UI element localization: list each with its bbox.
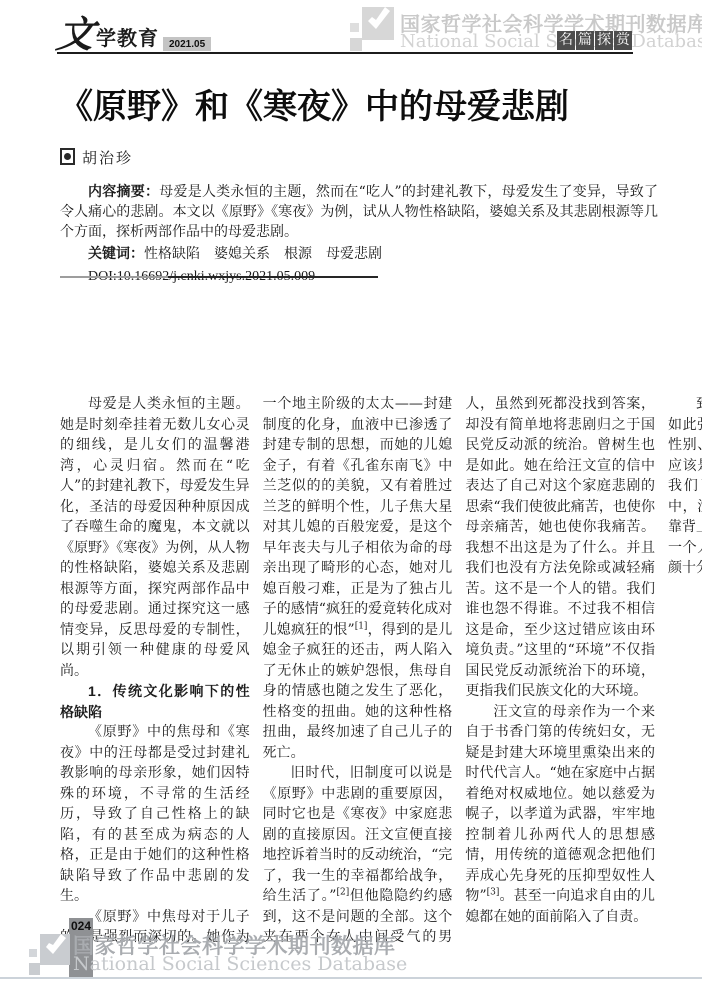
author-icon	[60, 148, 75, 165]
badge-char: 赏	[614, 31, 632, 50]
author-row: 胡治珍	[60, 147, 133, 168]
masthead-rule	[57, 52, 633, 54]
database-logo-icon	[348, 5, 394, 53]
article-columns: 母爱是人类永恒的主题。她是时刻牵挂着无数儿女心灵的细线，是儿女们的温馨港湾，心灵…	[60, 394, 655, 948]
abstract-separator-rule	[60, 276, 378, 278]
keywords-label: 关键词：	[88, 246, 144, 262]
journal-logo-glyph: 文	[54, 14, 97, 54]
badge-char: 探	[595, 31, 613, 50]
column-badge: 名 篇 探 赏	[557, 31, 632, 50]
issue-number: 2021.05	[163, 37, 211, 51]
body-paragraph: 母爱是人类永恒的主题。她是时刻牵挂着无数儿女心灵的细线，是儿女们的温馨港湾，心灵…	[60, 394, 250, 681]
article-meta: 内容摘要：母爱是人类永恒的主题，然而在“吃人”的封建礼教下，母爱发生了变异，导致…	[60, 182, 658, 287]
keywords-text: 性格缺陷 婆媳关系 根源 母爱悲剧	[144, 246, 382, 262]
badge-char: 篇	[576, 31, 594, 50]
journal-page: 文学教育2021.05 国家哲学社会科学学术期刊数据库 National Soc…	[0, 0, 702, 984]
author-name: 胡治珍	[82, 149, 133, 167]
badge-char: 名	[557, 31, 575, 50]
journal-masthead: 文学教育2021.05	[57, 14, 211, 54]
section-heading: 1．传统文化影响下的性格缺陷	[60, 681, 250, 722]
body-paragraph: 《原野》中的焦母和《寒夜》中的汪母都是受过封建礼教影响的母亲形象，她们因特殊的环…	[60, 722, 250, 907]
abstract-paragraph: 内容摘要：母爱是人类永恒的主题，然而在“吃人”的封建礼教下，母爱发生了变异，导致…	[60, 182, 658, 242]
body-paragraph: 汪文宣的母亲作为一个来自于书香门第的传统妇女，无疑是封建大环境里熏染出来的时代代…	[465, 702, 655, 928]
journal-logo-text: 学教育	[96, 22, 159, 51]
body-paragraph: 到底谁赋予权利使得汪母如此强大？无论从年龄身体、性别、还是经济上来说，她都应该是…	[668, 394, 702, 579]
abstract-label: 内容摘要：	[88, 184, 159, 200]
watermark-text-en: National Social Sciences Database	[400, 31, 702, 52]
article-title: 《原野》和《寒夜》中的母爱悲剧	[59, 79, 569, 128]
footer-watermark-en: National Social Sciences Database	[73, 953, 407, 975]
page-bottom-rule	[0, 977, 702, 979]
database-logo-icon-footer	[28, 932, 70, 978]
keywords-line: 关键词：性格缺陷 婆媳关系 根源 母爱悲剧	[60, 244, 658, 264]
